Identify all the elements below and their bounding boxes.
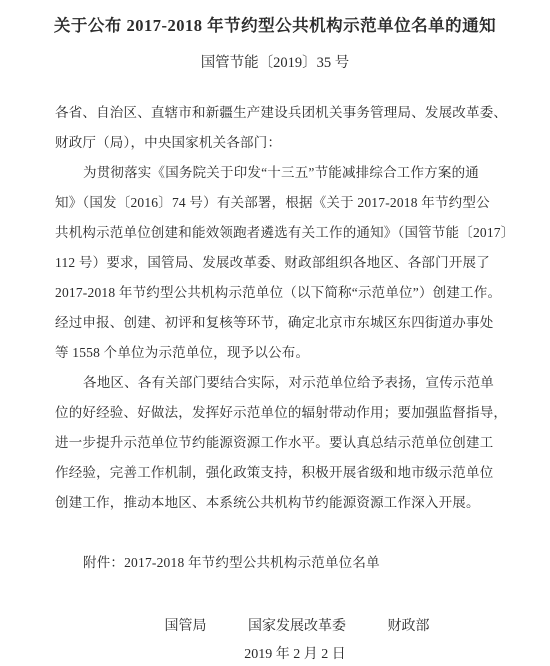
body-line-para2-2: 位的好经验、好做法，发挥好示范单位的辐射带动作用；要加强监督指导， (55, 398, 525, 428)
body-line-para1-2: 知》（国发〔2016〕74 号）有关部署，根据《关于 2017-2018 年节约… (55, 188, 525, 218)
body-line-para2-3: 进一步提升示范单位节约能源资源工作水平。要认真总结示范单位创建工 (55, 428, 525, 458)
body-line-salutation-1: 各省、自治区、直辖市和新疆生产建设兵团机关事务管理局、发展改革委、 (55, 98, 525, 128)
signer-caizhengbu: 财政部 (388, 619, 430, 634)
signer-guoguanju: 国管局 (165, 619, 207, 634)
body-line-para2-4: 作经验，完善工作机制，强化政策支持，积极开展省级和地市级示范单位 (55, 458, 525, 488)
body-line-para1-4: 112 号）要求，国管局、发展改革委、财政部组织各地区、各部门开展了 (55, 248, 525, 278)
body-line-para1-1: 为贯彻落实《国务院关于印发“十三五”节能减排综合工作方案的通 (55, 158, 525, 188)
body-line-para1-5: 2017-2018 年节约型公共机构示范单位（以下简称“示范单位”）创建工作。 (55, 278, 525, 308)
signature-row: 国管局 国家发展改革委 财政部 (0, 613, 550, 641)
body-line-para2-5: 创建工作，推动本地区、本系统公共机构节约能源资源工作深入开展。 (55, 488, 525, 518)
document-body: 各省、自治区、直辖市和新疆生产建设兵团机关事务管理局、发展改革委、 财政厅（局）… (55, 98, 525, 518)
body-line-salutation-2: 财政厅（局），中央国家机关各部门： (55, 128, 525, 158)
body-line-para1-6: 经过申报、创建、初评和复核等环节，确定北京市东城区东四街道办事处 (55, 308, 525, 338)
attachment-line: 附件：2017-2018 年节约型公共机构示范单位名单 (83, 548, 380, 578)
body-line-para2-1: 各地区、各有关部门要结合实际，对示范单位给予表扬，宣传示范单 (55, 368, 525, 398)
body-line-para1-7: 等 1558 个单位为示范单位，现予以公布。 (55, 338, 525, 368)
signer-fagaiwei: 国家发展改革委 (248, 619, 346, 634)
document-date: 2019 年 2 月 2 日 (0, 642, 550, 666)
document-title: 关于公布 2017-2018 年节约型公共机构示范单位名单的通知 (0, 14, 550, 38)
document-number: 国管节能〔2019〕35 号 (0, 52, 550, 74)
body-line-para1-3: 共机构示范单位创建和能效领跑者遴选有关工作的通知》（国管节能〔2017〕 (55, 218, 525, 248)
document-page: 关于公布 2017-2018 年节约型公共机构示范单位名单的通知 国管节能〔20… (0, 0, 550, 666)
